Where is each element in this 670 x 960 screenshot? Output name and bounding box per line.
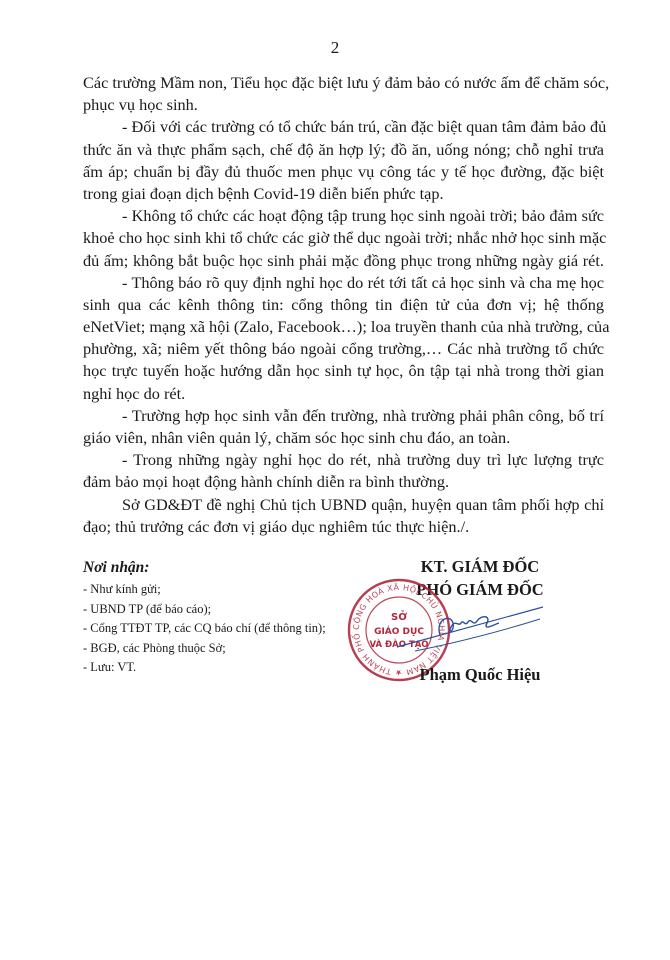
body-line: đảm bảo mọi hoạt động hành chính diễn ra…	[83, 471, 604, 493]
recipients-title: Nơi nhận:	[83, 558, 326, 578]
recipient-item: - Lưu: VT.	[83, 658, 326, 678]
body-line: phường, xã; niêm yết thông báo ngoài cổn…	[83, 338, 604, 360]
recipients-list: Nơi nhận: - Như kính gửi; - UBND TP (để …	[83, 558, 326, 678]
signer-name: Phạm Quốc Hiệu	[395, 665, 565, 685]
body-line: đủ ấm; không bắt buộc học sinh phải mặc …	[83, 250, 604, 272]
document-body: Các trường Mầm non, Tiểu học đặc biệt lư…	[83, 72, 604, 538]
handwritten-signature-icon	[395, 605, 545, 655]
body-line: - Đối với các trường có tổ chức bán trú,…	[83, 116, 604, 138]
body-line: trong giai đoạn dịch bệnh Covid-19 diễn …	[83, 183, 604, 205]
body-line: eNetViet; mạng xã hội (Zalo, Facebook…);…	[83, 316, 604, 338]
body-line: học trực tuyến hoặc hướng dẫn học sinh t…	[83, 360, 604, 382]
body-line: ấm áp; chuẩn bị đầy đủ thuốc men phục vụ…	[83, 161, 604, 183]
recipient-item: - Như kính gửi;	[83, 580, 326, 600]
body-line: giáo viên, nhân viên quản lý, chăm sóc h…	[83, 427, 604, 449]
signer-title-1: KT. GIÁM ĐỐC	[395, 555, 565, 578]
recipient-item: - Cổng TTĐT TP, các CQ báo chí (để thông…	[83, 619, 326, 639]
body-line: - Thông báo rõ quy định nghỉ học do rét …	[83, 272, 604, 294]
body-line: khoẻ cho học sinh khi tổ chức các giờ th…	[83, 227, 604, 249]
body-line: nghỉ học do rét.	[83, 383, 604, 405]
recipient-item: - BGĐ, các Phòng thuộc Sở;	[83, 639, 326, 659]
body-line: phục vụ học sinh.	[83, 94, 604, 116]
body-line: đạo; thủ trưởng các đơn vị giáo dục nghi…	[83, 516, 604, 538]
body-line: - Trường hợp học sinh vẫn đến trường, nh…	[83, 405, 604, 427]
body-line: Các trường Mầm non, Tiểu học đặc biệt lư…	[83, 72, 604, 94]
page-number: 2	[0, 38, 670, 58]
body-line: - Không tổ chức các hoạt động tập trung …	[83, 205, 604, 227]
recipient-item: - UBND TP (để báo cáo);	[83, 600, 326, 620]
body-line: - Trong những ngày nghỉ học do rét, nhà …	[83, 449, 604, 471]
body-line: Sở GD&ĐT đề nghị Chủ tịch UBND quận, huy…	[83, 494, 604, 516]
body-line: sinh qua các kênh thông tin: cổng thông …	[83, 294, 604, 316]
body-line: thức ăn và thực phẩm sạch, chế độ ăn hợp…	[83, 139, 604, 161]
